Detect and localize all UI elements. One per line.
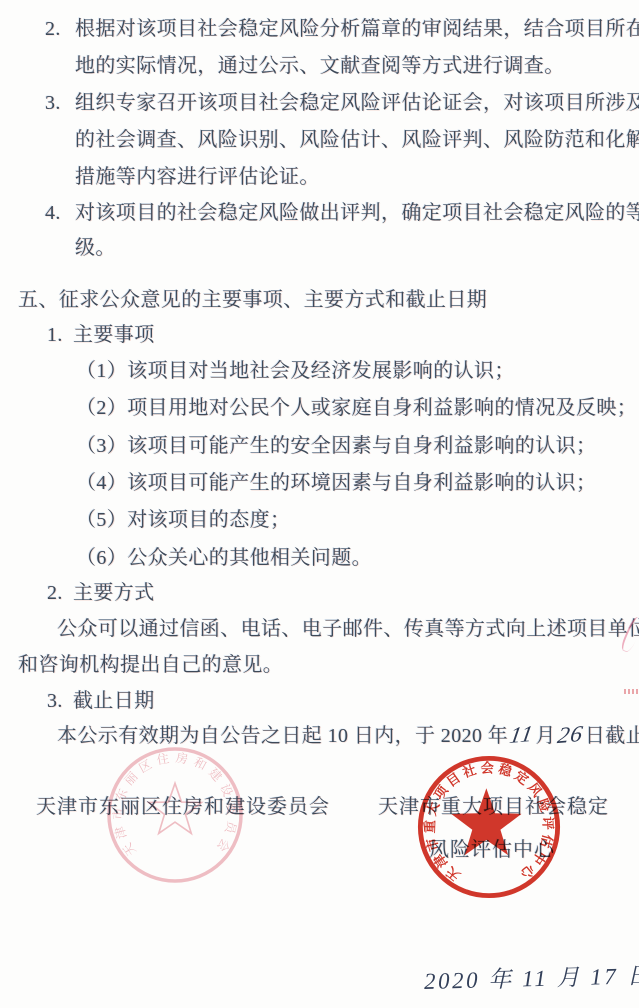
item3-line3: 措施等内容进行评估论证。 [75, 164, 320, 190]
deadline-day-handwritten: 26 [556, 721, 586, 749]
sub1-item-3: （3）该项目可能产生的安全因素与自身利益影响的认识； [76, 433, 596, 459]
seal-right-text: 天津市重大项目社会稳定风险评估中心 [421, 759, 557, 884]
seal-right-ring [420, 758, 557, 895]
org-left-name: 天津市东丽区住房和建设委员会 [36, 794, 330, 820]
sub2-title: 主要方式 [73, 580, 155, 606]
seal-right-ring-text: 天津市重大项目社会稳定风险评估中心 [421, 759, 557, 884]
sub1-item-2: （2）项目用地对公民个人或家庭自身利益影响的情况及反映； [76, 395, 637, 421]
handwritten-date: 2020 年 11 月 17 日 [424, 963, 639, 995]
item3-line2: 的社会调查、风险识别、风险估计、风险评判、风险防范和化解 [75, 127, 639, 153]
deadline-month-handwritten: 11 [508, 721, 536, 749]
deadline-line: 本公示有效期为自公告之日起 10 日内，于 2020 年11月26日截止。 [57, 722, 639, 749]
scan-artifact-mark [624, 689, 638, 694]
sub2-line1: 公众可以通过信函、电话、电子邮件、传真等方式向上述项目单位 [57, 616, 639, 642]
item2-line2: 地的实际情况，通过公示、文献查阅等方式进行调查。 [75, 53, 565, 79]
item4-line2: 级。 [75, 235, 116, 261]
sub1-item-4: （4）该项目可能产生的环境因素与自身利益影响的认识； [76, 470, 596, 496]
sub3-number: 3. [47, 688, 63, 714]
item4-line1: 对该项目的社会稳定风险做出评判，确定项目社会稳定风险的等 [75, 200, 639, 226]
item2-number: 2. [45, 16, 61, 42]
deadline-month-unit: 月 [536, 725, 556, 747]
official-seal-right: 天津市重大项目社会稳定风险评估中心 [401, 739, 577, 915]
sub1-item-6: （6）公众关心的其他相关问题。 [76, 545, 372, 571]
section5-heading: 五、征求公众意见的主要事项、主要方式和截止日期 [18, 287, 487, 313]
scanned-document-page: 2. 根据对该项目社会稳定风险分析篇章的审阅结果，结合项目所在 地的实际情况，通… [0, 0, 639, 1008]
sub3-title: 截止日期 [73, 688, 155, 714]
deadline-suffix: 日截止。 [585, 725, 639, 747]
sub1-title: 主要事项 [73, 322, 155, 348]
sub1-number: 1. [47, 322, 63, 348]
item4-number: 4. [45, 200, 61, 226]
item3-line1: 组织专家召开该项目社会稳定风险评估论证会，对该项目所涉及 [75, 90, 639, 116]
org-right-name-line1: 天津市重大项目社会稳定 [378, 794, 609, 820]
sub1-item-1: （1）该项目对当地社会及经济发展影响的认识； [76, 358, 515, 384]
org-right-name-line2: 风险评估中心 [429, 837, 555, 863]
item2-line1: 根据对该项目社会稳定风险分析篇章的审阅结果，结合项目所在 [75, 16, 639, 42]
sub2-line2: 和咨询机构提出自己的意见。 [18, 652, 283, 678]
sub2-number: 2. [47, 580, 63, 606]
item3-number: 3. [45, 90, 61, 116]
sub1-item-5: （5）对该项目的态度； [76, 507, 290, 533]
deadline-prefix: 本公示有效期为自公告之日起 10 日内，于 2020 年 [57, 725, 508, 747]
